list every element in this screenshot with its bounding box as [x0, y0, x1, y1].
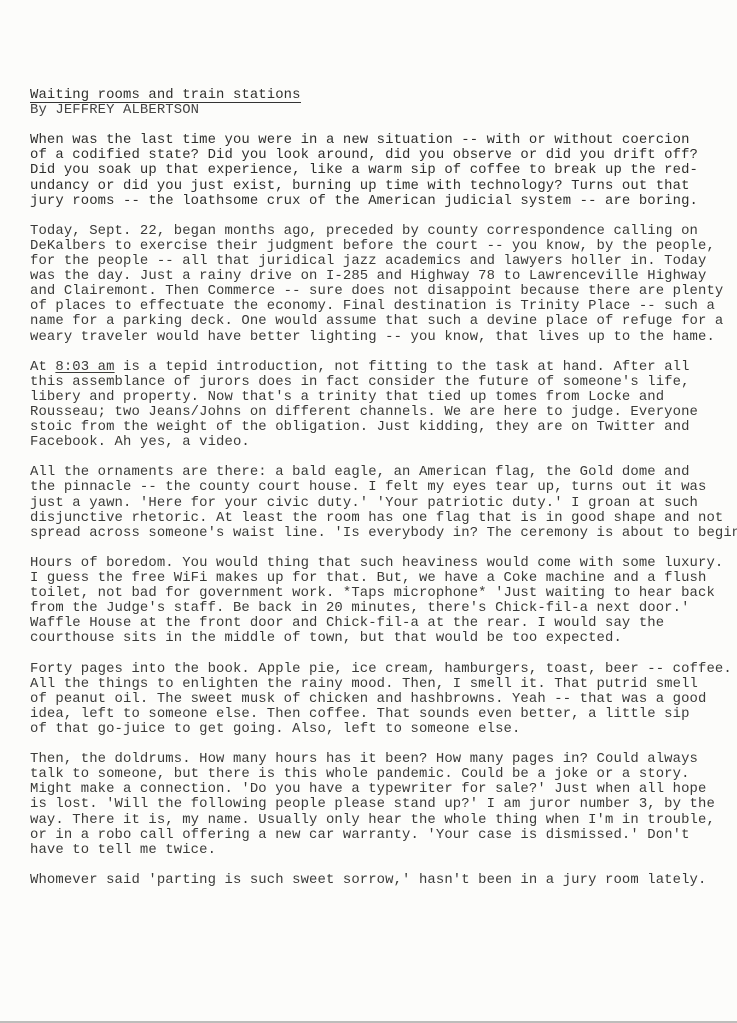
text-line: talk to someone, but there is this whole… [30, 767, 730, 782]
text-line: have to tell me twice. [30, 843, 730, 858]
text-line: of that go-juice to get going. Also, lef… [30, 722, 730, 737]
text-line: disjunctive rhetoric. At least the room … [30, 511, 730, 526]
text-fragment: At [30, 359, 55, 375]
text-line: Might make a connection. 'Do you have a … [30, 782, 730, 797]
text-fragment: is a tepid introduction, not fitting to … [115, 359, 690, 375]
text-line: or in a robo call offering a new car war… [30, 828, 730, 843]
text-line: jury rooms -- the loathsome crux of the … [30, 194, 730, 209]
text-line: Forty pages into the book. Apple pie, ic… [30, 662, 730, 677]
text-line: is lost. 'Will the following people plea… [30, 797, 730, 812]
text-line: Did you soak up that experience, like a … [30, 163, 730, 178]
text-line: this assemblance of jurors does in fact … [30, 375, 730, 390]
paragraph-1: When was the last time you were in a new… [30, 133, 730, 208]
text-line: and Clairemont. Then Commerce -- sure do… [30, 284, 730, 299]
text-line: the pinnacle -- the county court house. … [30, 480, 730, 495]
text-line: for the people -- all that juridical jaz… [30, 254, 730, 269]
article: Waiting rooms and train stations By JEFF… [30, 88, 730, 903]
text-line: Facebook. Ah yes, a video. [30, 435, 730, 450]
paragraph-7: Then, the doldrums. How many hours has i… [30, 752, 730, 858]
paragraph-6: Forty pages into the book. Apple pie, ic… [30, 662, 730, 737]
text-line: just a yawn. 'Here for your civic duty.'… [30, 496, 730, 511]
underlined-time: 8:03 am [55, 359, 114, 375]
text-line: stoic from the weight of the obligation.… [30, 420, 730, 435]
text-line: At 8:03 am is a tepid introduction, not … [30, 360, 730, 375]
text-line: Then, the doldrums. How many hours has i… [30, 752, 730, 767]
text-line: idea, left to someone else. Then coffee.… [30, 707, 730, 722]
paragraph-3: At 8:03 am is a tepid introduction, not … [30, 360, 730, 451]
paragraph-8: Whomever said 'parting is such sweet sor… [30, 873, 730, 888]
text-line: Whomever said 'parting is such sweet sor… [30, 873, 730, 888]
text-line: undancy or did you just exist, burning u… [30, 179, 730, 194]
text-line: All the ornaments are there: a bald eagl… [30, 465, 730, 480]
text-line: Waffle House at the front door and Chick… [30, 616, 730, 631]
text-line: of places to effectuate the economy. Fin… [30, 299, 730, 314]
article-title: Waiting rooms and train stations [30, 88, 301, 103]
text-line: Rousseau; two Jeans/Johns on different c… [30, 405, 730, 420]
text-line: weary traveler would have better lightin… [30, 330, 730, 345]
text-line: When was the last time you were in a new… [30, 133, 730, 148]
text-line: libery and property. Now that's a trinit… [30, 390, 730, 405]
text-line: from the Judge's staff. Be back in 20 mi… [30, 601, 730, 616]
text-line: Hours of boredom. You would thing that s… [30, 556, 730, 571]
article-byline: By JEFFREY ALBERTSON [30, 103, 730, 118]
text-line: was the day. Just a rainy drive on I-285… [30, 269, 730, 284]
paragraph-2: Today, Sept. 22, began months ago, prece… [30, 224, 730, 345]
text-line: toilet, not bad for government work. *Ta… [30, 586, 730, 601]
text-line: spread across someone's waist line. 'Is … [30, 526, 730, 541]
text-line: Today, Sept. 22, began months ago, prece… [30, 224, 730, 239]
text-line: DeKalbers to exercise their judgment bef… [30, 239, 730, 254]
text-line: of a codified state? Did you look around… [30, 148, 730, 163]
text-line: courthouse sits in the middle of town, b… [30, 631, 730, 646]
text-line: All the things to enlighten the rainy mo… [30, 677, 730, 692]
text-line: way. There it is, my name. Usually only … [30, 813, 730, 828]
paragraph-4: All the ornaments are there: a bald eagl… [30, 465, 730, 540]
text-line: of peanut oil. The sweet musk of chicken… [30, 692, 730, 707]
typewritten-page: Waiting rooms and train stations By JEFF… [0, 0, 737, 1023]
paragraph-5: Hours of boredom. You would thing that s… [30, 556, 730, 647]
text-line: name for a parking deck. One would assum… [30, 314, 730, 329]
text-line: I guess the free WiFi makes up for that.… [30, 571, 730, 586]
